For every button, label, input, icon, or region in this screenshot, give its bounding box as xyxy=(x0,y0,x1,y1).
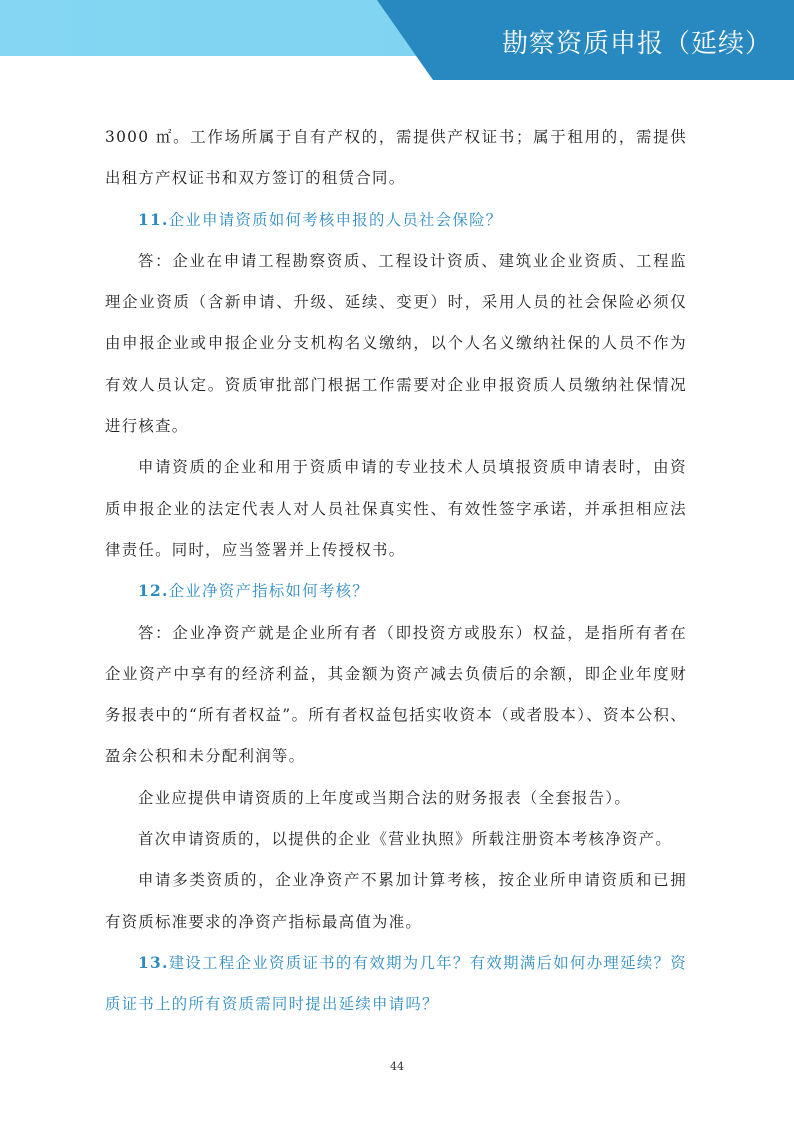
heading-text: 企业申请资质如何考核申报的人员社会保险？ xyxy=(169,211,503,229)
heading-number: 12. xyxy=(138,582,169,600)
heading-text: 企业净资产指标如何考核？ xyxy=(169,582,369,600)
heading-q11: 11.企业申请资质如何考核申报的人员社会保险？ xyxy=(105,200,687,241)
heading-number: 11. xyxy=(138,211,169,229)
heading-number: 13. xyxy=(138,954,169,972)
paragraph-q12-answer: 答：企业净资产就是企业所有者（即投资方或股东）权益，是指所有者在企业资产中享有的… xyxy=(105,613,687,778)
header-title: 勘察资质申报（延续） xyxy=(502,26,772,62)
heading-q12: 12.企业净资产指标如何考核？ xyxy=(105,571,687,612)
heading-q13: 13.建设工程企业资质证书的有效期为几年？有效期满后如何办理延续？资质证书上的所… xyxy=(105,943,687,1026)
document-body: 3000 ㎡。工作场所属于自有产权的，需提供产权证书；属于租用的，需提供出租方产… xyxy=(105,117,687,1026)
page-header: 勘察资质申报（延续） xyxy=(0,0,794,82)
page-number: 44 xyxy=(0,1060,794,1073)
paragraph-q12-first-application: 首次申请资质的，以提供的企业《营业执照》所载注册资本考核净资产。 xyxy=(105,819,687,860)
paragraph-q11-answer: 答：企业在申请工程勘察资质、工程设计资质、建筑业企业资质、工程监理企业资质（含新… xyxy=(105,241,687,447)
paragraph-q12-financial: 企业应提供申请资质的上年度或当期合法的财务报表（全套报告）。 xyxy=(105,778,687,819)
paragraph-workplace-cont: 3000 ㎡。工作场所属于自有产权的，需提供产权证书；属于租用的，需提供出租方产… xyxy=(105,117,687,200)
paragraph-q12-multiple: 申请多类资质的，企业净资产不累加计算考核，按企业所申请资质和已拥有资质标准要求的… xyxy=(105,860,687,943)
paragraph-q11-signature: 申请资质的企业和用于资质申请的专业技术人员填报资质申请表时，由资质申报企业的法定… xyxy=(105,447,687,571)
heading-text: 建设工程企业资质证书的有效期为几年？有效期满后如何办理延续？资质证书上的所有资质… xyxy=(105,954,687,1013)
